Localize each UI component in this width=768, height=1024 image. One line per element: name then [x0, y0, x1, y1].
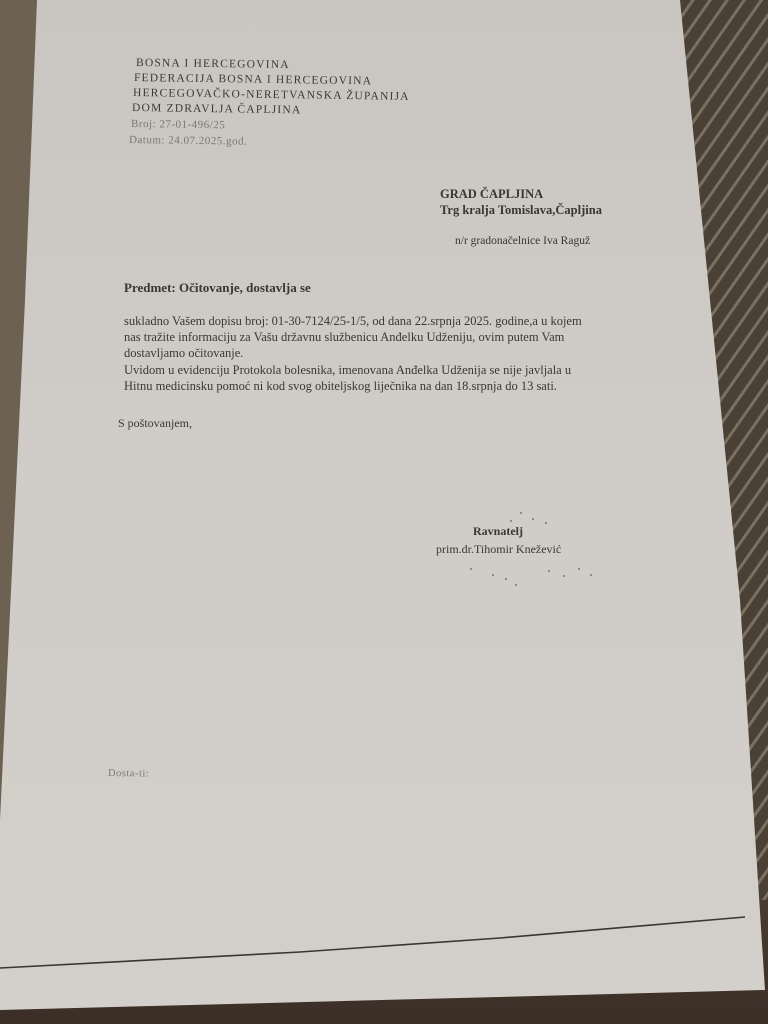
- body-line: dostavljamo očitovanje.: [124, 346, 243, 361]
- signature-title: Ravnatelj: [473, 524, 523, 539]
- letterhead-country: BOSNA I HERCEGOVINA: [136, 57, 290, 71]
- subject-line: Predmet: Očitovanje, dostavlja se: [124, 280, 311, 296]
- signature-name: prim.dr.Tihomir Knežević: [436, 542, 561, 557]
- recipient-address: Trg kralja Tomislava,Čapljina: [440, 203, 602, 218]
- subject-text: Očitovanje, dostavlja se: [179, 280, 311, 295]
- body-line: sukladno Vašem dopisu broj: 01-30-7124/2…: [124, 314, 582, 329]
- letterhead-institution: DOM ZDRAVLJA ČAPLJINA: [132, 102, 302, 116]
- closing-salutation: S poštovanjem,: [118, 416, 192, 431]
- body-line: Hitnu medicinsku pomoć ni kod svog obite…: [124, 379, 557, 394]
- body-line: Uvidom u evidenciju Protokola bolesnika,…: [124, 363, 571, 378]
- document-number: Broj: 27-01-496/25: [131, 118, 225, 131]
- subject-label: Predmet:: [124, 280, 176, 295]
- recipient-attention: n/r gradonačelnice Iva Raguž: [455, 235, 590, 247]
- recipient-name: GRAD ČAPLJINA: [440, 187, 543, 202]
- document-date: Datum: 24.07.2025.god.: [129, 134, 247, 148]
- document-paper: [0, 0, 768, 1024]
- body-line: nas tražite informaciju za Vašu državnu …: [124, 330, 564, 345]
- distribution-label: Dosta-ti:: [108, 768, 149, 780]
